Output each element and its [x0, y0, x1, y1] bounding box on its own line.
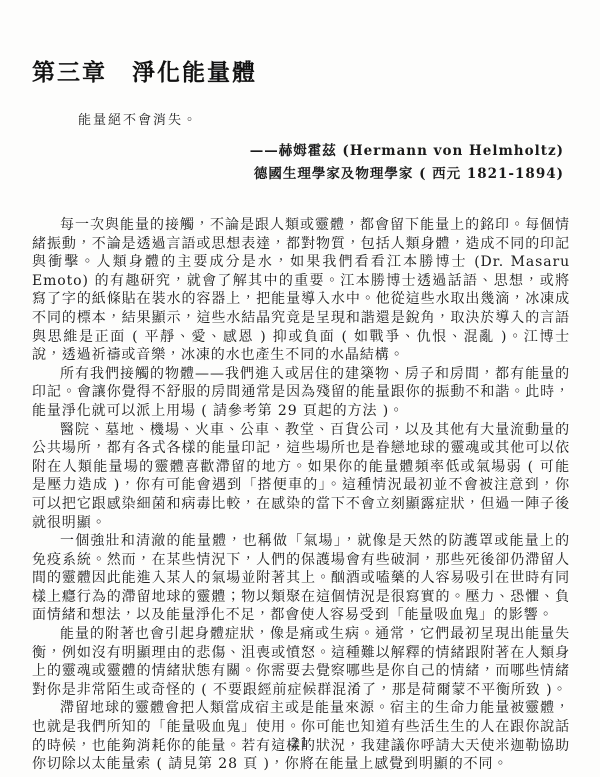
- epigraph: 能量絕不會消失。 ——赫姆霍茲 (Hermann von Helmholtz) …: [32, 109, 570, 186]
- epigraph-attribution-name: ——赫姆霍茲 (Hermann von Helmholtz): [32, 140, 564, 163]
- page-content: 第三章 淨化能量體 能量絕不會消失。 ——赫姆霍茲 (Hermann von H…: [32, 0, 570, 774]
- epigraph-quote: 能量絕不會消失。: [78, 109, 570, 128]
- chapter-title: 第三章 淨化能量體: [32, 54, 570, 87]
- book-page: 第三章 淨化能量體 能量絕不會消失。 ——赫姆霍茲 (Hermann von H…: [0, 0, 600, 777]
- page-number: 21: [0, 736, 600, 751]
- body-text: 每一次與能量的接觸，不論是跟人類或靈體，都會留下能量上的銘印。每個情緒振動，不論…: [32, 216, 570, 774]
- epigraph-attribution: ——赫姆霍茲 (Hermann von Helmholtz) 德國生理學家及物理…: [32, 140, 564, 186]
- paragraph: 能量的附著也會引起身體症狀，像是痛或生病。通常，它們最初呈現出能量失衡，例如沒有…: [32, 625, 570, 699]
- epigraph-attribution-role: 德國生理學家及物理學家 ( 西元 1821-1894): [32, 163, 564, 186]
- paragraph: 每一次與能量的接觸，不論是跟人類或靈體，都會留下能量上的銘印。每個情緒振動，不論…: [32, 216, 570, 365]
- paragraph: 所有我們接觸的物體——我們進入或居住的建築物、房子和房間，都有能量的印記。會讓你…: [32, 365, 570, 421]
- paragraph: 醫院、墓地、機場、火車、公車、教堂、百貨公司，以及其他有大量流動量的公共場所，都…: [32, 421, 570, 533]
- paragraph: 一個強壯和清澈的能量體，也稱做「氣場」，就像是天然的防護罩或能量上的免疫系統。然…: [32, 532, 570, 625]
